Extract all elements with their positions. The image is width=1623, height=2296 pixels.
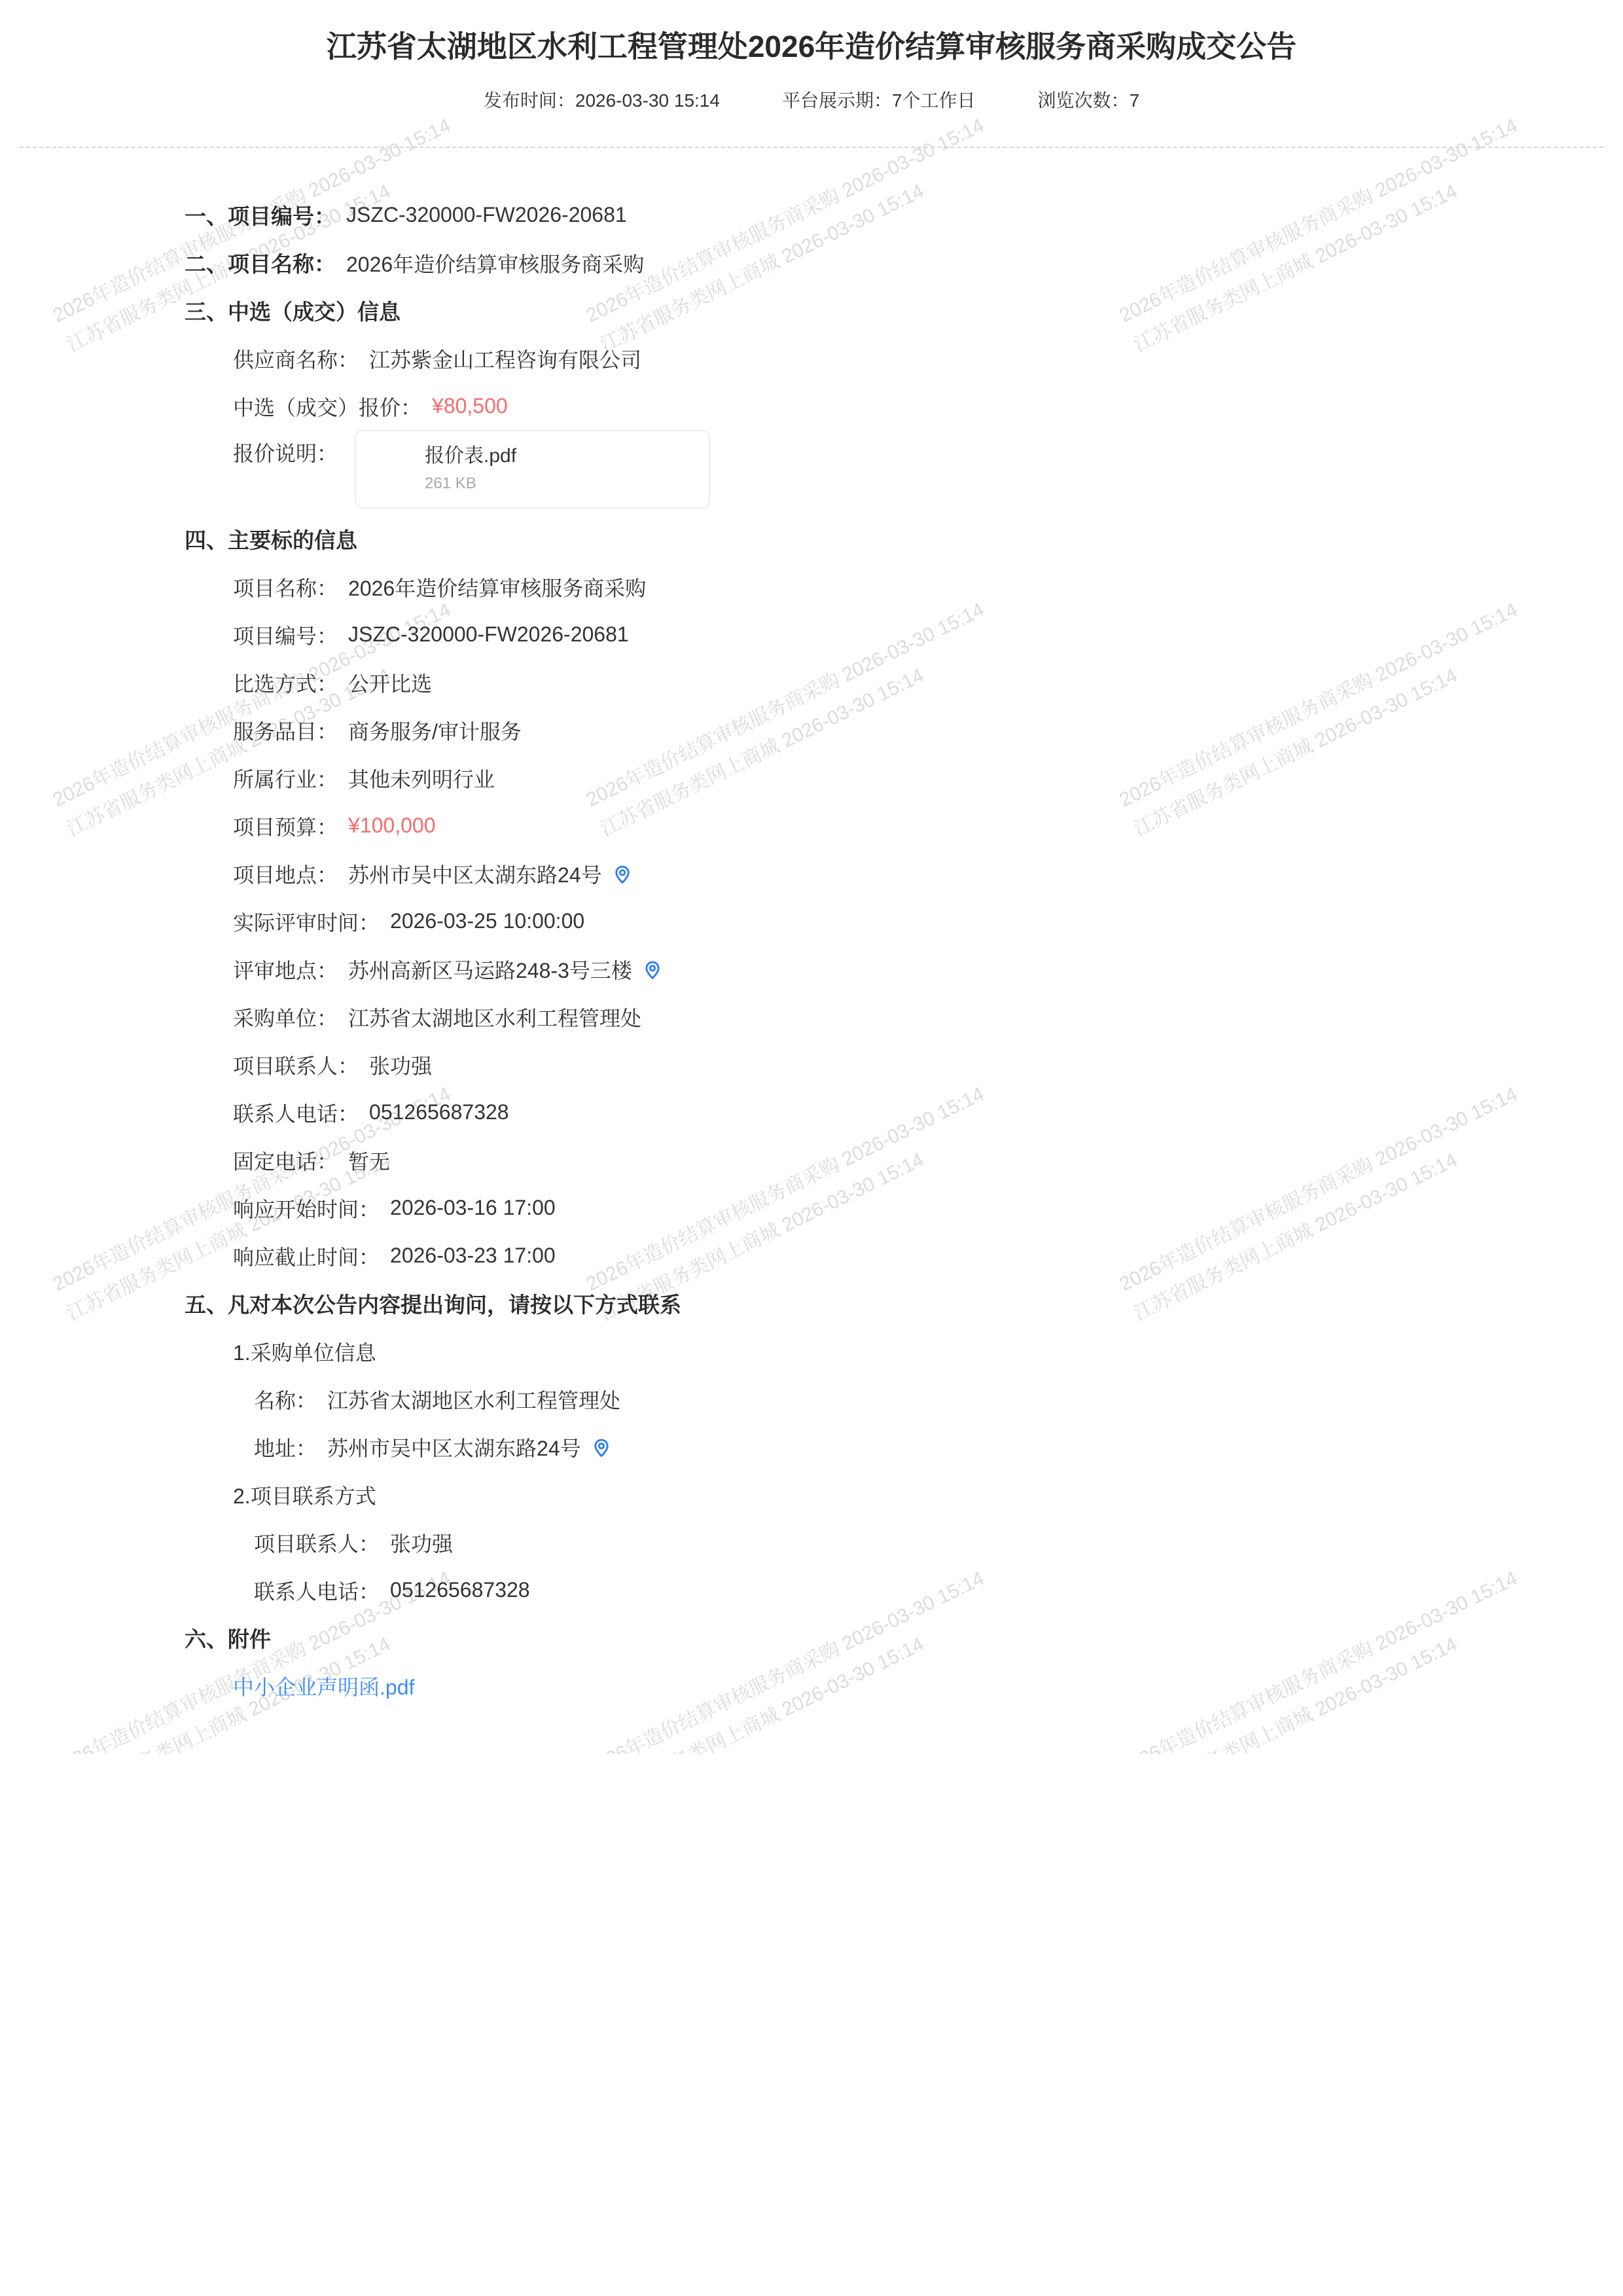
location-pin-icon[interactable] — [590, 1436, 613, 1458]
row-response-end-time: 响应截止时间：2026-03-23 17:00 — [0, 1232, 1623, 1280]
row-purchaser-name: 名称：江苏省太湖地区水利工程管理处 — [0, 1375, 1623, 1423]
section-award-info-heading: 三、中选（成交）信息 — [0, 287, 1623, 334]
attachment-link[interactable]: 中小企业声明函.pdf — [233, 1671, 414, 1701]
row-inquiry-phone: 联系人电话：051265687328 — [0, 1566, 1623, 1614]
row-purchaser-address: 地址：苏州市吴中区太湖东路24号 — [0, 1423, 1623, 1471]
location-pin-icon[interactable] — [611, 863, 633, 885]
row-quote-note: 报价说明： 报价表.pdf 261 KB — [0, 430, 1623, 515]
row-project-contact: 项目联系人：张功强 — [0, 1041, 1623, 1088]
row-project-name: 项目名称：2026年造价结算审核服务商采购 — [0, 563, 1623, 611]
row-response-start-time: 响应开始时间：2026-03-16 17:00 — [0, 1184, 1623, 1232]
row-purchasing-unit: 采购单位：江苏省太湖地区水利工程管理处 — [0, 993, 1623, 1041]
row-project-number-heading: 一、项目编号：JSZC-320000-FW2026-20681 — [0, 191, 1623, 239]
row-review-time: 实际评审时间：2026-03-25 10:00:00 — [0, 897, 1623, 945]
announcement-page: 2026年造价结算审核服务商采购 2026-03-30 15:14江苏省服务类网… — [0, 0, 1623, 2296]
row-project-budget: 项目预算：¥100,000 — [0, 802, 1623, 850]
publish-time: 发布时间：2026-03-30 15:14 — [484, 86, 720, 113]
subsection-project-contact: 2.项目联系方式 — [0, 1471, 1623, 1518]
row-service-category: 服务品目：商务服务/审计服务 — [0, 706, 1623, 754]
award-price-value: ¥80,500 — [432, 394, 508, 418]
row-project-number: 项目编号：JSZC-320000-FW2026-20681 — [0, 611, 1623, 658]
subsection-purchaser-info: 1.采购单位信息 — [0, 1327, 1623, 1375]
row-review-location: 评审地点：苏州高新区马运路248-3号三楼 — [0, 945, 1623, 993]
quote-file-size: 261 KB — [425, 475, 709, 493]
quote-file-card[interactable]: 报价表.pdf 261 KB — [355, 430, 710, 509]
row-project-location: 项目地点：苏州市吴中区太湖东路24号 — [0, 850, 1623, 897]
page-header: 江苏省太湖地区水利工程管理处2026年造价结算审核服务商采购成交公告 发布时间：… — [0, 27, 1623, 148]
section-inquiry-heading: 五、凡对本次公告内容提出询问，请按以下方式联系 — [0, 1280, 1623, 1327]
page-title: 江苏省太湖地区水利工程管理处2026年造价结算审核服务商采购成交公告 — [52, 27, 1571, 65]
section-attachments-heading: 六、附件 — [0, 1614, 1623, 1662]
row-attachment: 中小企业声明函.pdf — [0, 1662, 1623, 1710]
row-contact-phone: 联系人电话：051265687328 — [0, 1088, 1623, 1136]
divider — [20, 147, 1603, 148]
row-inquiry-contact: 项目联系人：张功强 — [0, 1518, 1623, 1566]
row-award-price: 中选（成交）报价：¥80,500 — [0, 382, 1623, 430]
budget-value: ¥100,000 — [348, 814, 435, 838]
section-subject-info-heading: 四、主要标的信息 — [0, 515, 1623, 563]
quote-file-name: 报价表.pdf — [425, 444, 709, 468]
platform-display-period: 平台展示期：7个工作日 — [782, 86, 976, 113]
row-project-name-heading: 二、项目名称：2026年造价结算审核服务商采购 — [0, 239, 1623, 287]
meta-row: 发布时间：2026-03-30 15:14 平台展示期：7个工作日 浏览次数：7 — [0, 86, 1623, 113]
row-landline-phone: 固定电话：暂无 — [0, 1136, 1623, 1184]
row-industry: 所属行业：其他未列明行业 — [0, 754, 1623, 802]
row-supplier-name: 供应商名称：江苏紫金山工程咨询有限公司 — [0, 334, 1623, 382]
view-count: 浏览次数：7 — [1038, 86, 1140, 113]
location-pin-icon[interactable] — [641, 958, 664, 980]
announcement-body: 一、项目编号：JSZC-320000-FW2026-20681 二、项目名称：2… — [0, 191, 1623, 1710]
row-comparison-method: 比选方式：公开比选 — [0, 658, 1623, 706]
